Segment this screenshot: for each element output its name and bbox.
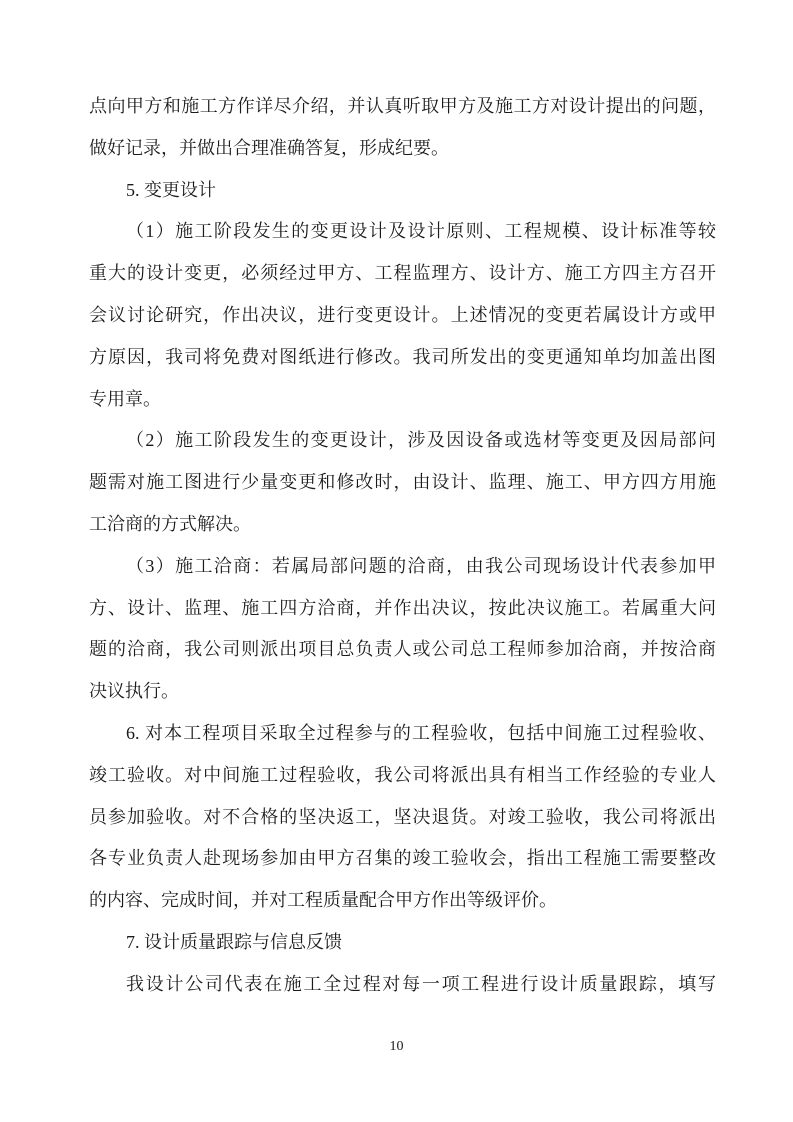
text-line: （1）施工阶段发生的变更设计及设计原则、工程规模、设计标准等较 (89, 211, 716, 253)
text-line: 决议执行。 (89, 671, 716, 713)
text-line: 各专业负责人赴现场参加由甲方召集的竣工验收会，指出工程施工需要整改 (89, 838, 716, 880)
text-line: 竣工验收。对中间施工过程验收，我公司将派出具有相当工作经验的专业人 (89, 755, 716, 797)
text-line: （3）施工洽商：若属局部问题的洽商，由我公司现场设计代表参加甲 (89, 546, 716, 588)
text-line: 做好记录，并做出合理准确答复，形成纪要。 (89, 128, 716, 170)
text-line: 的内容、完成时间，并对工程质量配合甲方作出等级评价。 (89, 880, 716, 922)
text-line: 专用章。 (89, 379, 716, 421)
text-line: 题需对施工图进行少量变更和修改时，由设计、监理、施工、甲方四方用施 (89, 462, 716, 504)
text-line: 6. 对本工程项目采取全过程参与的工程验收，包括中间施工过程验收、 (89, 713, 716, 755)
text-line: 员参加验收。对不合格的坚决返工，坚决退货。对竣工验收，我公司将派出 (89, 797, 716, 839)
text-line: 重大的设计变更，必须经过甲方、工程监理方、设计方、施工方四主方召开 (89, 253, 716, 295)
document-body: 点向甲方和施工方作详尽介绍，并认真听取甲方及施工方对设计提出的问题，做好记录，并… (89, 86, 716, 1006)
text-line: 7. 设计质量跟踪与信息反馈 (89, 922, 716, 964)
text-line: 点向甲方和施工方作详尽介绍，并认真听取甲方及施工方对设计提出的问题， (89, 86, 716, 128)
document-page: 点向甲方和施工方作详尽介绍，并认真听取甲方及施工方对设计提出的问题，做好记录，并… (0, 0, 793, 1122)
page-number: 10 (0, 1038, 793, 1056)
text-line: （2）施工阶段发生的变更设计，涉及因设备或选材等变更及因局部问 (89, 420, 716, 462)
text-line: 题的洽商，我公司则派出项目总负责人或公司总工程师参加洽商，并按洽商 (89, 629, 716, 671)
text-line: 方、设计、监理、施工四方洽商，并作出决议，按此决议施工。若属重大问 (89, 588, 716, 630)
text-line: 5. 变更设计 (89, 170, 716, 212)
text-line: 我设计公司代表在施工全过程对每一项工程进行设计质量跟踪，填写 (89, 964, 716, 1006)
text-line: 工洽商的方式解决。 (89, 504, 716, 546)
text-line: 方原因，我司将免费对图纸进行修改。我司所发出的变更通知单均加盖出图 (89, 337, 716, 379)
text-line: 会议讨论研究，作出决议，进行变更设计。上述情况的变更若属设计方或甲 (89, 295, 716, 337)
